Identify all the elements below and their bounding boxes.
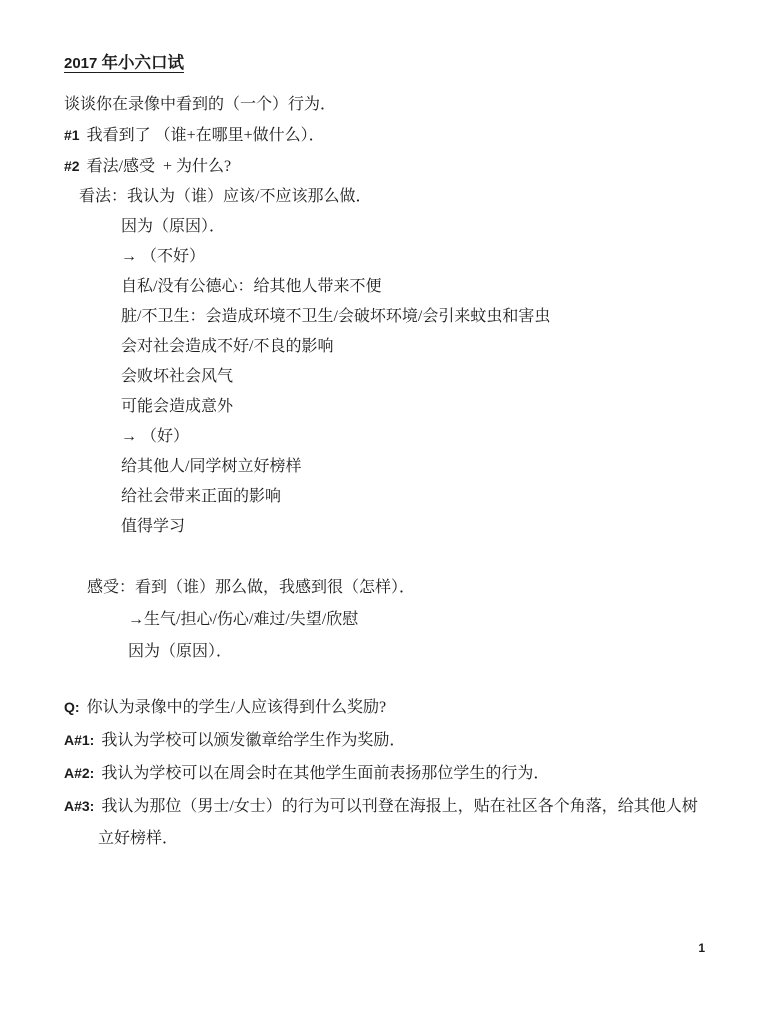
- opinion-line-text: 自私/没有公德心：给其他人带来不便: [121, 278, 381, 295]
- intro-text: 谈谈你在录像中看到的（一个）行为．: [64, 96, 336, 113]
- opinion-heading-line: 看法：我认为（谁）应该/不应该那么做．: [64, 182, 740, 212]
- document-body: 2017 年小六口试 谈谈你在录像中看到的（一个）行为． #1我看到了 （谁+在…: [64, 0, 740, 855]
- answer-1-label: A#1:: [64, 732, 94, 748]
- answer-2-line: A#2:我认为学校可以在周会时在其他学生面前表扬那位学生的行为．: [64, 757, 740, 790]
- doc-title-text: 2017 年小六口试: [64, 55, 184, 72]
- opinion-line: 可能会造成意外: [64, 392, 740, 422]
- question-label: Q:: [64, 699, 80, 715]
- doc-title: 2017 年小六口试: [64, 50, 740, 77]
- question-line: Q:你认为录像中的学生/人应该得到什么奖励?: [64, 691, 740, 724]
- answer-3-text-part2: 立好榜样．: [98, 830, 178, 847]
- opinion-line-text: 给其他人/同学树立好榜样: [121, 458, 301, 475]
- answer-3-line: A#3:我认为那位（男士/女士）的行为可以刊登在海报上，贴在社区各个角落，给其他…: [64, 790, 740, 823]
- feeling-line-arrow: →生气/担心/伤心/难过/失望/欣慰: [64, 604, 740, 636]
- bad-arrow-text: → （不好）: [121, 248, 205, 265]
- feeling-line-text: 因为（原因）．: [128, 643, 232, 660]
- answer-3-wrap-line: 立好榜样．: [64, 823, 740, 855]
- opinion-line-bad-arrow: → （不好）: [64, 242, 740, 272]
- opinion-line: 值得学习: [64, 512, 740, 542]
- answer-2-text: 我认为学校可以在周会时在其他学生面前表扬那位学生的行为．: [101, 765, 549, 782]
- opinion-line: 给社会带来正面的影响: [64, 482, 740, 512]
- page-number: 1: [698, 941, 705, 955]
- feeling-first-line: 看到（谁）那么做，我感到很（怎样）．: [135, 579, 415, 596]
- feeling-label: 感受：: [87, 579, 135, 596]
- opinion-line: 给其他人/同学树立好榜样: [64, 452, 740, 482]
- feeling-heading-line: 感受：看到（谁）那么做，我感到很（怎样）．: [64, 572, 740, 604]
- section-gap: [64, 542, 740, 572]
- point-2-line: #2看法/感受 + 为什么?: [64, 151, 740, 182]
- opinion-line-text: 脏/不卫生：会造成环境不卫生/会破坏环境/会引来蚊虫和害虫: [121, 308, 550, 325]
- opinion-line: 因为（原因）．: [64, 212, 740, 242]
- answer-1-line: A#1:我认为学校可以颁发徽章给学生作为奖励．: [64, 724, 740, 757]
- answer-1-text: 我认为学校可以颁发徽章给学生作为奖励．: [101, 732, 405, 749]
- opinion-line: 自私/没有公德心：给其他人带来不便: [64, 272, 740, 302]
- answer-2-label: A#2:: [64, 765, 94, 781]
- question-text: 你认为录像中的学生/人应该得到什么奖励?: [87, 699, 387, 716]
- answer-3-label: A#3:: [64, 798, 94, 814]
- opinion-line-text: 给社会带来正面的影响: [121, 488, 281, 505]
- opinion-label: 看法：: [79, 188, 127, 205]
- opinion-line-text: 可能会造成意外: [121, 398, 233, 415]
- document-page: 2017 年小六口试 谈谈你在录像中看到的（一个）行为． #1我看到了 （谁+在…: [0, 0, 768, 1024]
- intro-line: 谈谈你在录像中看到的（一个）行为．: [64, 90, 740, 120]
- title-rest: 年小六口试: [97, 53, 184, 72]
- opinion-line: 会对社会造成不好/不良的影响: [64, 332, 740, 362]
- opinion-section: 看法：我认为（谁）应该/不应该那么做． 因为（原因）． → （不好） 自私/没有…: [64, 182, 740, 542]
- answer-3-text-part1: 我认为那位（男士/女士）的行为可以刊登在海报上，贴在社区各个角落，给其他人树: [101, 798, 697, 815]
- title-year: 2017: [64, 55, 97, 72]
- point-2-label: #2: [64, 158, 80, 174]
- opinion-line-good-arrow: → （好）: [64, 422, 740, 452]
- feeling-line: 因为（原因）．: [64, 636, 740, 668]
- good-arrow-text: → （好）: [121, 428, 189, 445]
- opinion-line-text: 会对社会造成不好/不良的影响: [121, 338, 333, 355]
- point-2-text: 看法/感受 + 为什么?: [87, 158, 232, 175]
- qa-section: Q:你认为录像中的学生/人应该得到什么奖励? A#1:我认为学校可以颁发徽章给学…: [64, 691, 740, 855]
- point-1-label: #1: [64, 127, 80, 143]
- opinion-first-line: 我认为（谁）应该/不应该那么做．: [127, 188, 371, 205]
- section-gap: [64, 668, 740, 691]
- opinion-line: 会败坏社会风气: [64, 362, 740, 392]
- opinion-line-text: 会败坏社会风气: [121, 368, 233, 385]
- opinion-line-text: 值得学习: [121, 518, 185, 535]
- opinion-line: 脏/不卫生：会造成环境不卫生/会破坏环境/会引来蚊虫和害虫: [64, 302, 740, 332]
- point-1-line: #1我看到了 （谁+在哪里+做什么）．: [64, 120, 740, 151]
- point-1-text: 我看到了 （谁+在哪里+做什么）．: [87, 127, 325, 144]
- feeling-section: 感受：看到（谁）那么做，我感到很（怎样）． →生气/担心/伤心/难过/失望/欣慰…: [64, 572, 740, 668]
- feeling-arrow-text: →生气/担心/伤心/难过/失望/欣慰: [128, 611, 358, 628]
- opinion-line-text: 因为（原因）．: [121, 218, 225, 235]
